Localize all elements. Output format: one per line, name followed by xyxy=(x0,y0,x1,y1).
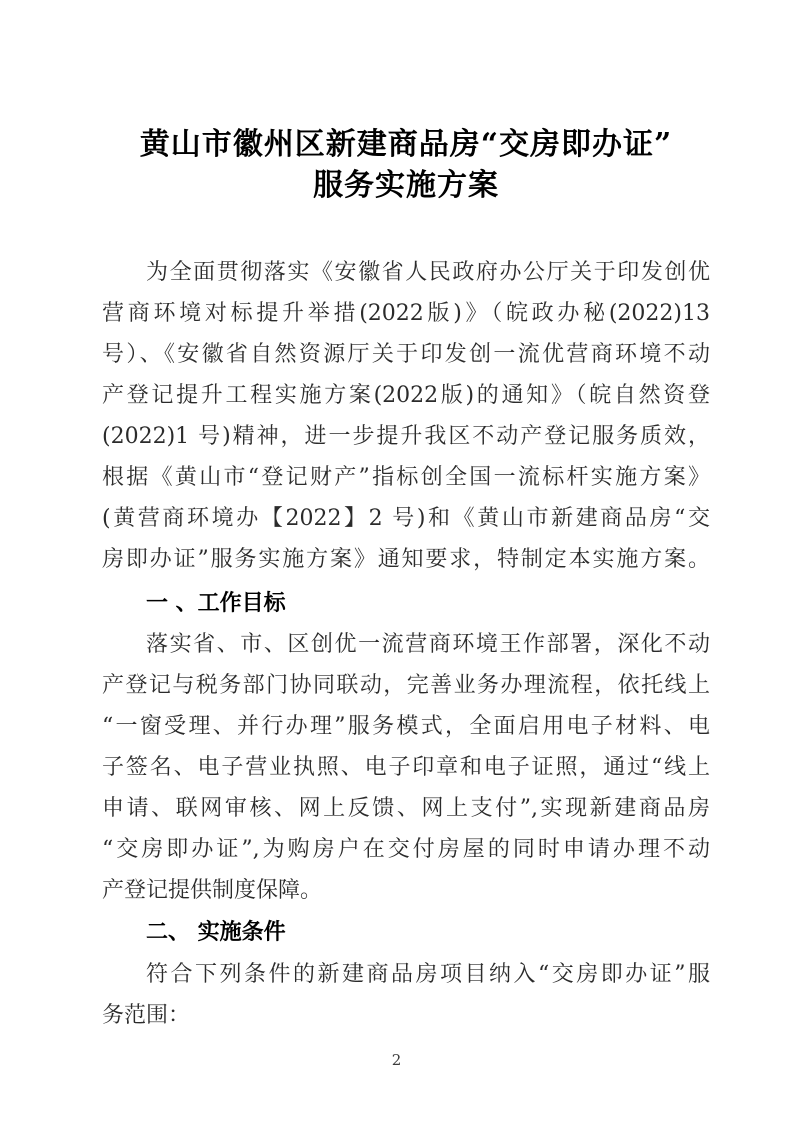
section2-paragraph: 符合下列条件的新建商品房项目纳入“交房即办证”服 务范围： xyxy=(102,954,710,1036)
intro-paragraph: 为全面贯彻落实《安徽省人民政府办公厅关于印发创优 营商环境对标提升举措(2022… xyxy=(102,252,710,580)
intro-line-8: 房即办证”服务实施方案》通知要求，特制定本实施方案。 xyxy=(102,539,710,580)
intro-line-4: 产登记提升工程实施方案(2022版)的通知》（皖自然资登 xyxy=(102,375,710,416)
intro-line-3: 号）、《安徽省自然资源厅关于印发创一流优营商环境不动 xyxy=(102,334,710,375)
title-line-1: 黄山市徽州区新建商品房“交房即办证” xyxy=(102,124,710,165)
intro-line-6: 根据《黄山市“登记财产”指标创全国一流标杆实施方案》 xyxy=(102,457,710,498)
section1-line-1: 落实省、市、区创优一流营商环境王作部署，深化不动 xyxy=(102,624,710,665)
section1-line-3: “一窗受理、并行办理”服务模式，全面启用电子材料、电 xyxy=(102,706,710,747)
intro-line-5: (2022)1 号)精神，进一步提升我区不动产登记服务质效， xyxy=(102,416,710,457)
title-line-2: 服务实施方案 xyxy=(102,165,710,206)
section-heading-implementation-conditions: 二、 实施条件 xyxy=(102,912,710,953)
document-content: 黄山市徽州区新建商品房“交房即办证” 服务实施方案 为全面贯彻落实《安徽省人民政… xyxy=(102,0,710,1036)
section2-line-1: 符合下列条件的新建商品房项目纳入“交房即办证”服 xyxy=(102,954,710,995)
page-number: 2 xyxy=(0,1051,793,1069)
intro-line-2: 营商环境对标提升举措(2022版)》（皖政办秘(2022)13 xyxy=(102,293,710,334)
section1-line-4: 子签名、电子营业执照、电子印章和电子证照，通过“线上 xyxy=(102,747,710,788)
section-heading-work-goals: 一 、工作目标 xyxy=(102,583,710,624)
section1-line-2: 产登记与税务部门协同联动，完善业务办理流程，依托线上 xyxy=(102,665,710,706)
section1-line-6: “交房即办证”,为购房户在交付房屋的同时申请办理不动 xyxy=(102,829,710,870)
section1-paragraph: 落实省、市、区创优一流营商环境王作部署，深化不动 产登记与税务部门协同联动，完善… xyxy=(102,624,710,911)
section1-line-5: 申请、联网审核、网上反馈、网上支付”,实现新建商品房 xyxy=(102,788,710,829)
section2-line-2: 务范围： xyxy=(102,995,710,1036)
document-title: 黄山市徽州区新建商品房“交房即办证” 服务实施方案 xyxy=(102,0,710,206)
section1-line-7: 产登记提供制度保障。 xyxy=(102,870,710,911)
document-page: 黄山市徽州区新建商品房“交房即办证” 服务实施方案 为全面贯彻落实《安徽省人民政… xyxy=(0,0,793,1121)
intro-line-7: (黄营商环境办【2022】2 号)和《黄山市新建商品房“交 xyxy=(102,498,710,539)
intro-line-1: 为全面贯彻落实《安徽省人民政府办公厅关于印发创优 xyxy=(102,252,710,293)
